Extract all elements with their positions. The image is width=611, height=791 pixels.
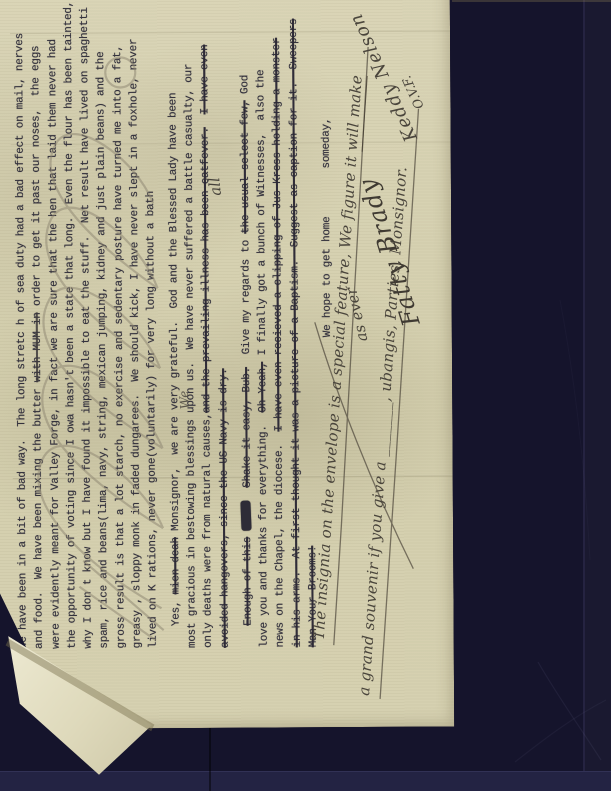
letter-content: We have been in a bit of bad way. The lo… bbox=[10, 0, 454, 730]
typed-text: I finally got a bunch of Witnesses, also… bbox=[255, 70, 269, 362]
typed-text: only deaths were from natural causes, bbox=[202, 413, 215, 648]
typed-line: lived on K rations, never gone(voluntari… bbox=[142, 0, 162, 648]
struck-text: avoided hangovers, since the US Navy is … bbox=[218, 368, 232, 648]
typed-text: why I don t know but I have found it imp… bbox=[79, 7, 95, 649]
inked-out-word bbox=[240, 500, 251, 530]
handwritten-insert-all: all bbox=[205, 176, 225, 196]
typed-text bbox=[200, 114, 212, 127]
typed-text: Monsignor, we are very grateful. God and… bbox=[167, 93, 182, 538]
struck-text: in his arms. At first thought it was a p… bbox=[288, 19, 304, 648]
typed-text: We have been in a bit of bad way. The lo… bbox=[14, 33, 30, 649]
typed-text: spam, rice and beans(lima, navy, string,… bbox=[96, 52, 112, 649]
typed-text: greasy , sloppy monk in faded dungarees.… bbox=[128, 39, 144, 649]
struck-text: and the prevailing illness has been catf… bbox=[200, 127, 214, 413]
scanner-bed-right-region bbox=[585, 0, 611, 771]
typed-text: God bbox=[239, 75, 251, 100]
struck-text: I have even bbox=[199, 45, 211, 115]
scanner-top-edge-line bbox=[452, 0, 611, 2]
typed-text: the opportunity of voting since I owa ha… bbox=[63, 1, 79, 649]
letter-paper: We have been in a bit of bad way. The lo… bbox=[0, 0, 454, 730]
typed-text: Yes, bbox=[170, 594, 182, 626]
closing-right-text: someday, bbox=[321, 118, 333, 169]
struck-text: the usual select few, bbox=[239, 100, 252, 233]
typed-text: most gracious in bestowing blessings upo… bbox=[183, 64, 199, 648]
typed-paragraph: Enough of this Shake it easy, Bub. Give … bbox=[237, 0, 322, 648]
typed-text: and food. We have been mixing the butter bbox=[32, 382, 46, 649]
typed-paragraphs: We have been in a bit of bad way. The lo… bbox=[12, 0, 339, 649]
typed-paragraph: We have been in a bit of bad way. The lo… bbox=[12, 0, 163, 649]
typed-text: gross result is that a lot starch, no ex… bbox=[112, 45, 128, 648]
scanner-bottom-band bbox=[0, 771, 611, 791]
typed-text: lived on K rations, never gone(voluntari… bbox=[145, 191, 160, 648]
typed-text: news on the Chapel, the diocese. bbox=[274, 432, 287, 648]
note-line1-underlined-words: will make bbox=[343, 74, 368, 151]
typed-line: avoided hangovers, since the US Navy is … bbox=[213, 0, 233, 648]
typed-text: were evidently meant for Valley Forge, i… bbox=[47, 39, 63, 649]
scanned-letter-page: We have been in a bit of bad way. The lo… bbox=[0, 0, 611, 791]
handwritten-insert-we: We bbox=[177, 390, 192, 409]
typed-paragraph: Yes, mien deah Monsignor, we are very gr… bbox=[164, 0, 233, 648]
struck-text: Enough of this bbox=[242, 537, 255, 626]
struck-text: I have even recieved a clipping of Jus K… bbox=[272, 38, 286, 432]
typed-text: Give my regards to bbox=[240, 234, 253, 367]
typed-text bbox=[242, 530, 254, 536]
scanner-seam-line bbox=[583, 0, 585, 771]
struck-text: Oh Yeah, bbox=[257, 362, 269, 413]
scanner-lid-seam bbox=[209, 728, 211, 791]
typed-text: order to get it past our noses, the eggs bbox=[30, 46, 44, 313]
struck-text: mien deah bbox=[170, 537, 182, 594]
typed-text bbox=[242, 488, 254, 501]
struck-text: Shake it easy, Bub. bbox=[241, 367, 254, 488]
typed-text: love you and thanks for everything. bbox=[258, 413, 271, 648]
struck-text: with MUM in bbox=[32, 312, 44, 382]
